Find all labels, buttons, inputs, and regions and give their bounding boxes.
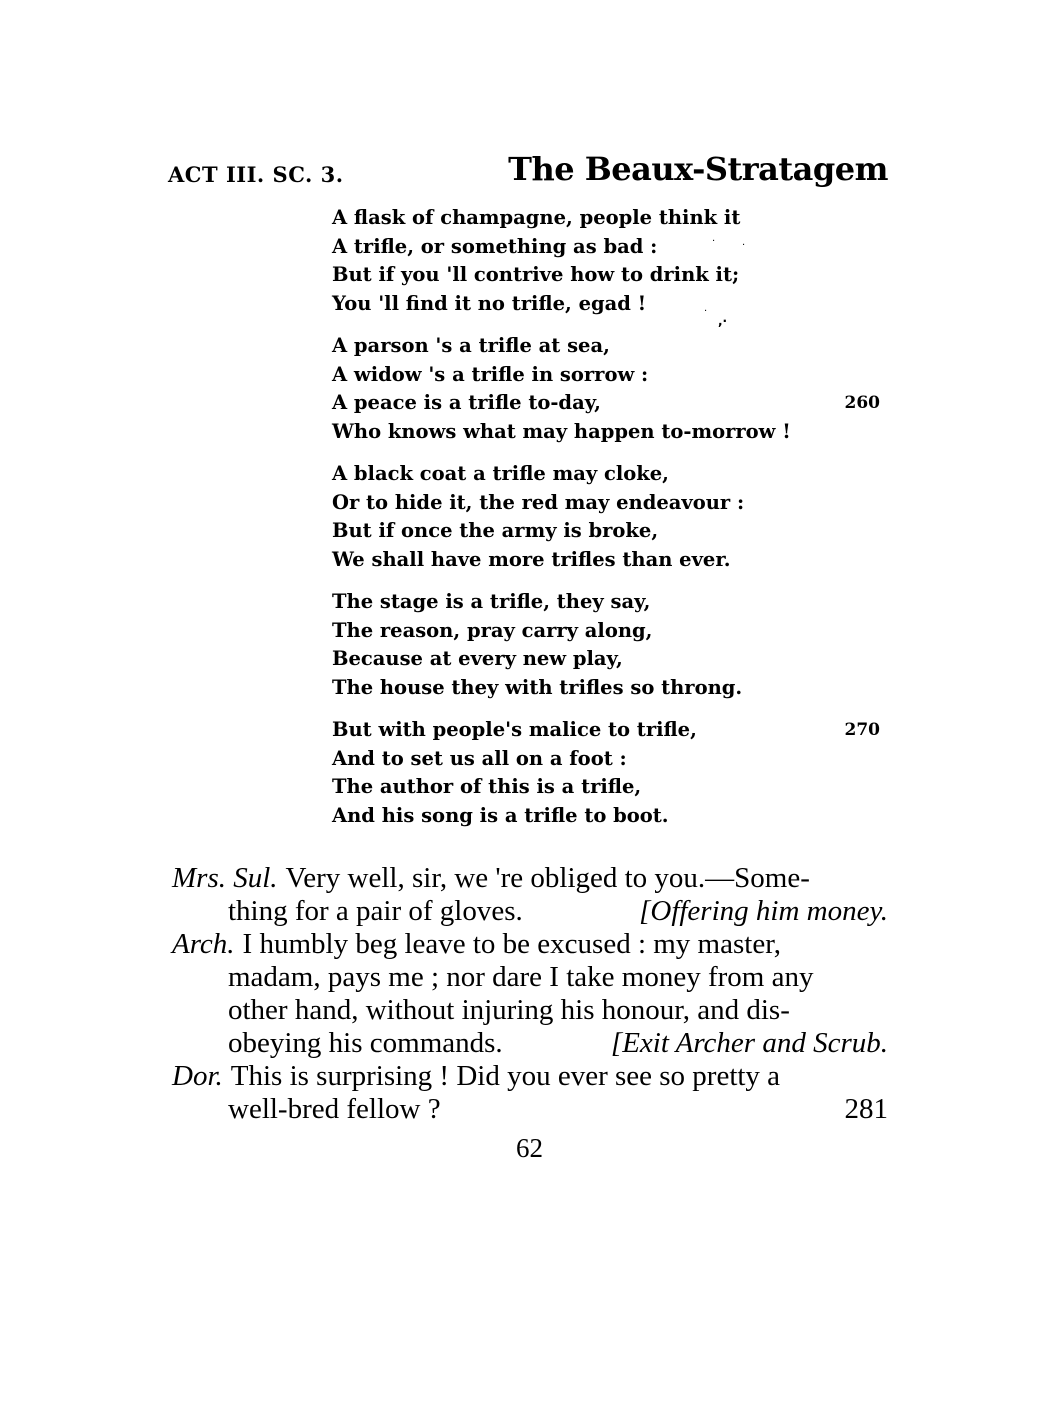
verse-line: And his song is a trifle to boot. (332, 802, 888, 831)
verse-line: The author of this is a trifle, (332, 773, 888, 802)
verse-line: The stage is a trifle, they say, (332, 588, 888, 617)
speaker-name: Arch. (172, 928, 235, 960)
verse-line: And to set us all on a foot : (332, 745, 888, 774)
verse-line: The reason, pray carry along, (332, 617, 888, 646)
play-title: The Beaux-Stratagem (508, 150, 888, 188)
stage-direction: [Exit Archer and Scrub. (611, 1027, 888, 1060)
speech-line: Dor.This is surprising ! Did you ever se… (172, 1060, 888, 1093)
line-number: 260 (845, 389, 881, 418)
speech-text: well-bred fellow ? (228, 1093, 441, 1126)
verse-text: But with people's malice to trifle, (332, 718, 697, 741)
verse-line: A widow 's a trifle in sorrow : (332, 361, 888, 390)
speech-line: other hand, without injuring his honour,… (172, 994, 888, 1027)
verse-line: Or to hide it, the red may endeavour : (332, 489, 888, 518)
scan-speck: · (742, 240, 745, 251)
dialogue: Mrs. Sul.Very well, sir, we 're obliged … (172, 862, 888, 1126)
verse-line: Who knows what may happen to-morrow ! (332, 418, 888, 447)
speech-text: obeying his commands. (228, 1027, 503, 1060)
speech-line: well-bred fellow ? 281 (172, 1093, 888, 1126)
speech-line: Mrs. Sul.Very well, sir, we 're obliged … (172, 862, 888, 895)
verse-line: A trifle, or something as bad : (332, 233, 888, 262)
act-scene-label: ACT III. SC. 3. (168, 162, 344, 187)
stanza-3: A black coat a trifle may cloke, Or to h… (332, 460, 888, 574)
speech-text: This is surprising ! Did you ever see so… (231, 1060, 780, 1092)
book-page: ACT III. SC. 3. The Beaux-Stratagem A fl… (0, 0, 1059, 1411)
verse-line: We shall have more trifles than ever. (332, 546, 888, 575)
speaker-name: Dor. (172, 1060, 223, 1092)
verse-line: A flask of champagne, people think it (332, 204, 888, 233)
line-number: 270 (845, 716, 881, 745)
verse-line: Because at every new play, (332, 645, 888, 674)
speech-line: thing for a pair of gloves. [Offering hi… (172, 895, 888, 928)
verse-line: But if you 'll contrive how to drink it; (332, 261, 888, 290)
line-number: 281 (845, 1093, 889, 1126)
stage-direction: [Offering him money. (639, 895, 888, 928)
speech-text: thing for a pair of gloves. (228, 895, 523, 928)
scan-speck: · (712, 236, 715, 247)
verse-line: A black coat a trifle may cloke, (332, 460, 888, 489)
speech-text: other hand, without injuring his honour,… (228, 994, 790, 1027)
scan-speck: ,· (718, 314, 727, 328)
stanza-1: A flask of champagne, people think it A … (332, 204, 888, 318)
verse-line: The house they with trifles so throng. (332, 674, 888, 703)
speech-text: Very well, sir, we 're obliged to you.—S… (286, 862, 810, 894)
stanza-5: But with people's malice to trifle, 270 … (332, 716, 888, 830)
speech-text: I humbly beg leave to be excused : my ma… (243, 928, 781, 960)
scan-speck: · (704, 306, 707, 317)
song-verses: A flask of champagne, people think it A … (332, 204, 888, 844)
speech-line: obeying his commands. [Exit Archer and S… (172, 1027, 888, 1060)
verse-text: A peace is a trifle to-day, (332, 391, 601, 414)
running-head: ACT III. SC. 3. The Beaux-Stratagem (168, 150, 888, 194)
verse-line-numbered: A peace is a trifle to-day, 260 (332, 389, 888, 418)
page-number: 62 (0, 1133, 1059, 1164)
speech-text: madam, pays me ; nor dare I take money f… (228, 961, 813, 994)
stanza-2: A parson 's a trifle at sea, A widow 's … (332, 332, 888, 446)
stanza-4: The stage is a trifle, they say, The rea… (332, 588, 888, 702)
verse-line-numbered: But with people's malice to trifle, 270 (332, 716, 888, 745)
verse-line: You 'll find it no trifle, egad ! (332, 290, 888, 319)
speaker-name: Mrs. Sul. (172, 862, 278, 894)
verse-line: A parson 's a trifle at sea, (332, 332, 888, 361)
verse-line: But if once the army is broke, (332, 517, 888, 546)
speech-line: madam, pays me ; nor dare I take money f… (172, 961, 888, 994)
speech-line: Arch.I humbly beg leave to be excused : … (172, 928, 888, 961)
